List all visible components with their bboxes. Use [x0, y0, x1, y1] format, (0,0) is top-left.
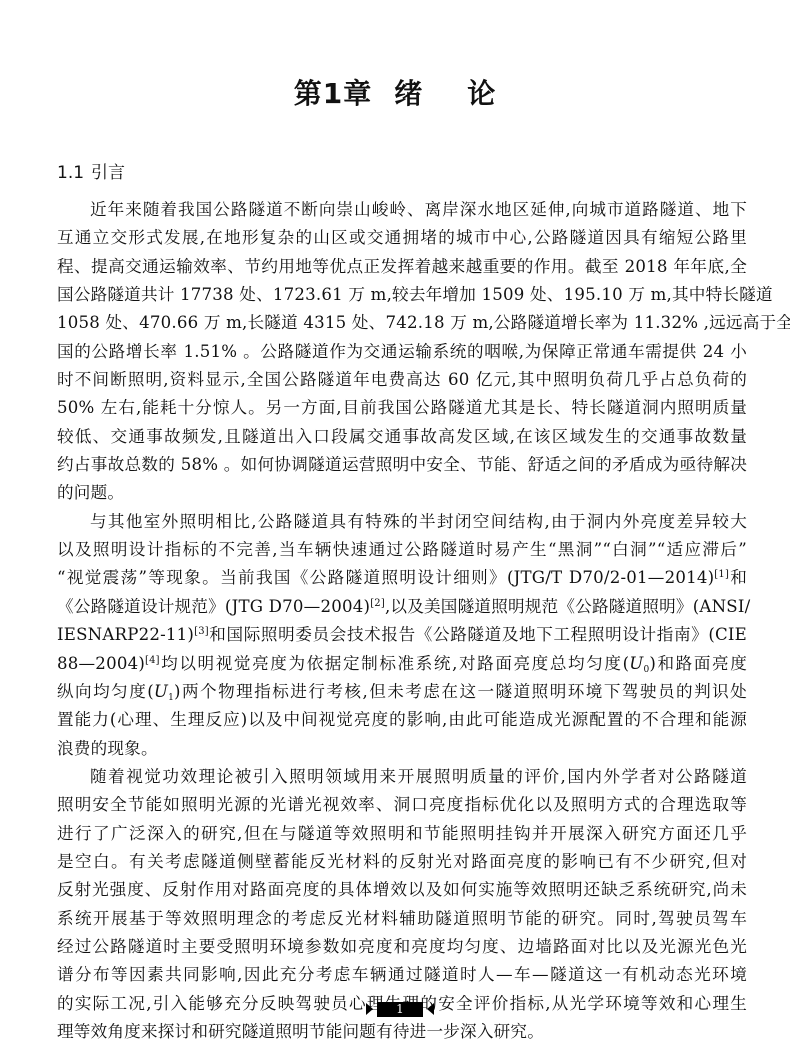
text-fragment: )和路面亮度 [649, 654, 747, 673]
page-number: 1 [377, 1002, 423, 1017]
text-line: 浪费的现象。 [57, 735, 747, 763]
chapter-title-char-2: 论 [467, 77, 496, 110]
text-line: 谱分布等因素共同影响,因此充分考虑车辆通过隧道时人—车—隧道这一有机动态光环境 [57, 961, 747, 989]
text-line: IESNARP22-11)[3]和国际照明委员会技术报告《公路隧道及地下工程照明… [57, 621, 747, 649]
text-fragment: )两个物理指标进行考核,但未考虑在这一隧道照明环境下驾驶员的判识处 [174, 682, 747, 701]
text-line: 的问题。 [57, 479, 747, 507]
triangle-left-icon [427, 1003, 434, 1015]
citation-ref-1: [1] [714, 569, 729, 580]
variable-u: U [154, 682, 168, 701]
text-line: 时不间断照明,资料显示,全国公路隧道年电费高达 60 亿元,其中照明负荷几乎占总… [57, 366, 747, 394]
body-text: 近年来随着我国公路隧道不断向崇山峻岭、离岸深水地区延伸,向城市道路隧道、地下 互… [57, 196, 747, 1046]
text-fragment: IESNARP22-11) [57, 625, 194, 644]
text-fragment: 和国际照明委员会技术报告《公路隧道及地下工程照明设计指南》(CIE [209, 625, 747, 644]
section-number: 1.1 [57, 163, 91, 183]
text-line: 国公路隧道共计 17738 处、1723.61 万 m,较去年增加 1509 处… [57, 281, 747, 309]
text-line: 程、提高交通运输效率、节约用地等优点正发挥着越来越重要的作用。截至 2018 年… [57, 253, 747, 281]
text-fragment: 88—2004) [57, 654, 145, 673]
variable-u: U [629, 654, 643, 673]
text-fragment: 《公路隧道设计规范》(JTG D70—2004) [57, 597, 370, 616]
text-line: 约占事故总数的 58% 。如何协调隧道运营照明中安全、节能、舒适之间的矛盾成为亟… [57, 451, 747, 479]
text-fragment: 和 [729, 568, 747, 587]
paragraph-2: 与其他室外照明相比,公路隧道具有特殊的半封闭空间结构,由于洞内外亮度差异较大 以… [57, 508, 747, 763]
text-line: 近年来随着我国公路隧道不断向崇山峻岭、离岸深水地区延伸,向城市道路隧道、地下 [57, 196, 747, 224]
text-line: 置能力(心理、生理反应)以及中间视觉亮度的影响,由此可能造成光源配置的不合理和能… [57, 706, 747, 734]
text-fragment: ,以及美国隧道照明规范《公路隧道照明》(ANSI/ [385, 597, 750, 616]
text-line: 经过公路隧道时主要受照明环境参数如亮度和亮度均匀度、边墙路面对比以及光源光色光 [57, 933, 747, 961]
text-line: 88—2004)[4]均以明视觉亮度为依据定制标准系统,对路面亮度总均匀度(U0… [57, 650, 747, 678]
text-fragment: “视觉震荡”等现象。当前我国《公路隧道照明设计细则》(JTG/T D70/2-0… [57, 568, 714, 587]
text-line: 国的公路增长率 1.51% 。公路隧道作为交通运输系统的咽喉,为保障正常通车需提… [57, 338, 747, 366]
chapter-title-char-1: 绪 [394, 77, 423, 110]
text-line: 与其他室外照明相比,公路隧道具有特殊的半封闭空间结构,由于洞内外亮度差异较大 [57, 508, 747, 536]
text-line: 以及照明设计指标的不完善,当车辆快速通过公路隧道时易产生“黑洞”“白洞”“适应滞… [57, 536, 747, 564]
text-line: 理等效角度来探讨和研究隧道照明节能问题有待进一步深入研究。 [57, 1018, 747, 1046]
paragraph-1: 近年来随着我国公路隧道不断向崇山峻岭、离岸深水地区延伸,向城市道路隧道、地下 互… [57, 196, 747, 508]
triangle-right-icon [366, 1003, 373, 1015]
chapter-number: 第1章 [294, 77, 372, 110]
text-line: 纵向均匀度(U1)两个物理指标进行考核,但未考虑在这一隧道照明环境下驾驶员的判识… [57, 678, 747, 706]
text-line: 系统开展基于等效照明理念的考虑反光材料辅助隧道照明节能的研究。同时,驾驶员驾车 [57, 905, 747, 933]
text-line: 随着视觉功效理论被引入照明领域用来开展照明质量的评价,国内外学者对公路隧道 [57, 763, 747, 791]
text-line: 1058 处、470.66 万 m,长隧道 4315 处、742.18 万 m,… [57, 309, 747, 337]
text-line: 50% 左右,能耗十分惊人。另一方面,目前我国公路隧道尤其是长、特长隧道洞内照明… [57, 394, 747, 422]
text-line: 是空白。有关考虑隧道侧壁蓄能反光材料的反射光对路面亮度的影响已有不少研究,但对 [57, 848, 747, 876]
text-line: 较低、交通事故频发,且隧道出入口段属交通事故高发区域,在该区域发生的交通事故数量 [57, 423, 747, 451]
text-fragment: 均以明视觉亮度为依据定制标准系统,对路面亮度总均匀度( [160, 654, 630, 673]
citation-ref-3: [3] [194, 626, 209, 637]
text-line: 照明安全节能如照明光源的光谱光视效率、洞口亮度指标优化以及照明方式的合理选取等 [57, 791, 747, 819]
text-line: 反射光强度、反射作用对路面亮度的具体增效以及如何实施等效照明还缺乏系统研究,尚未 [57, 876, 747, 904]
page-footer: 1 [364, 999, 436, 1019]
chapter-title: 第1章绪论 [0, 72, 790, 112]
section-heading: 1.1引言 [57, 158, 125, 183]
citation-ref-2: [2] [370, 598, 385, 609]
text-line: 进行了广泛深入的研究,但在与隧道等效照明和节能照明挂钩并开展深入研究方面还几乎 [57, 820, 747, 848]
text-line: 互通立交形式发展,在地形复杂的山区或交通拥堵的城市中心,公路隧道因具有缩短公路里 [57, 224, 747, 252]
text-line: 《公路隧道设计规范》(JTG D70—2004)[2],以及美国隧道照明规范《公… [57, 593, 747, 621]
section-title: 引言 [91, 163, 125, 183]
text-fragment: 纵向均匀度( [57, 682, 154, 701]
text-line: “视觉震荡”等现象。当前我国《公路隧道照明设计细则》(JTG/T D70/2-0… [57, 564, 747, 592]
citation-ref-4: [4] [145, 655, 160, 666]
